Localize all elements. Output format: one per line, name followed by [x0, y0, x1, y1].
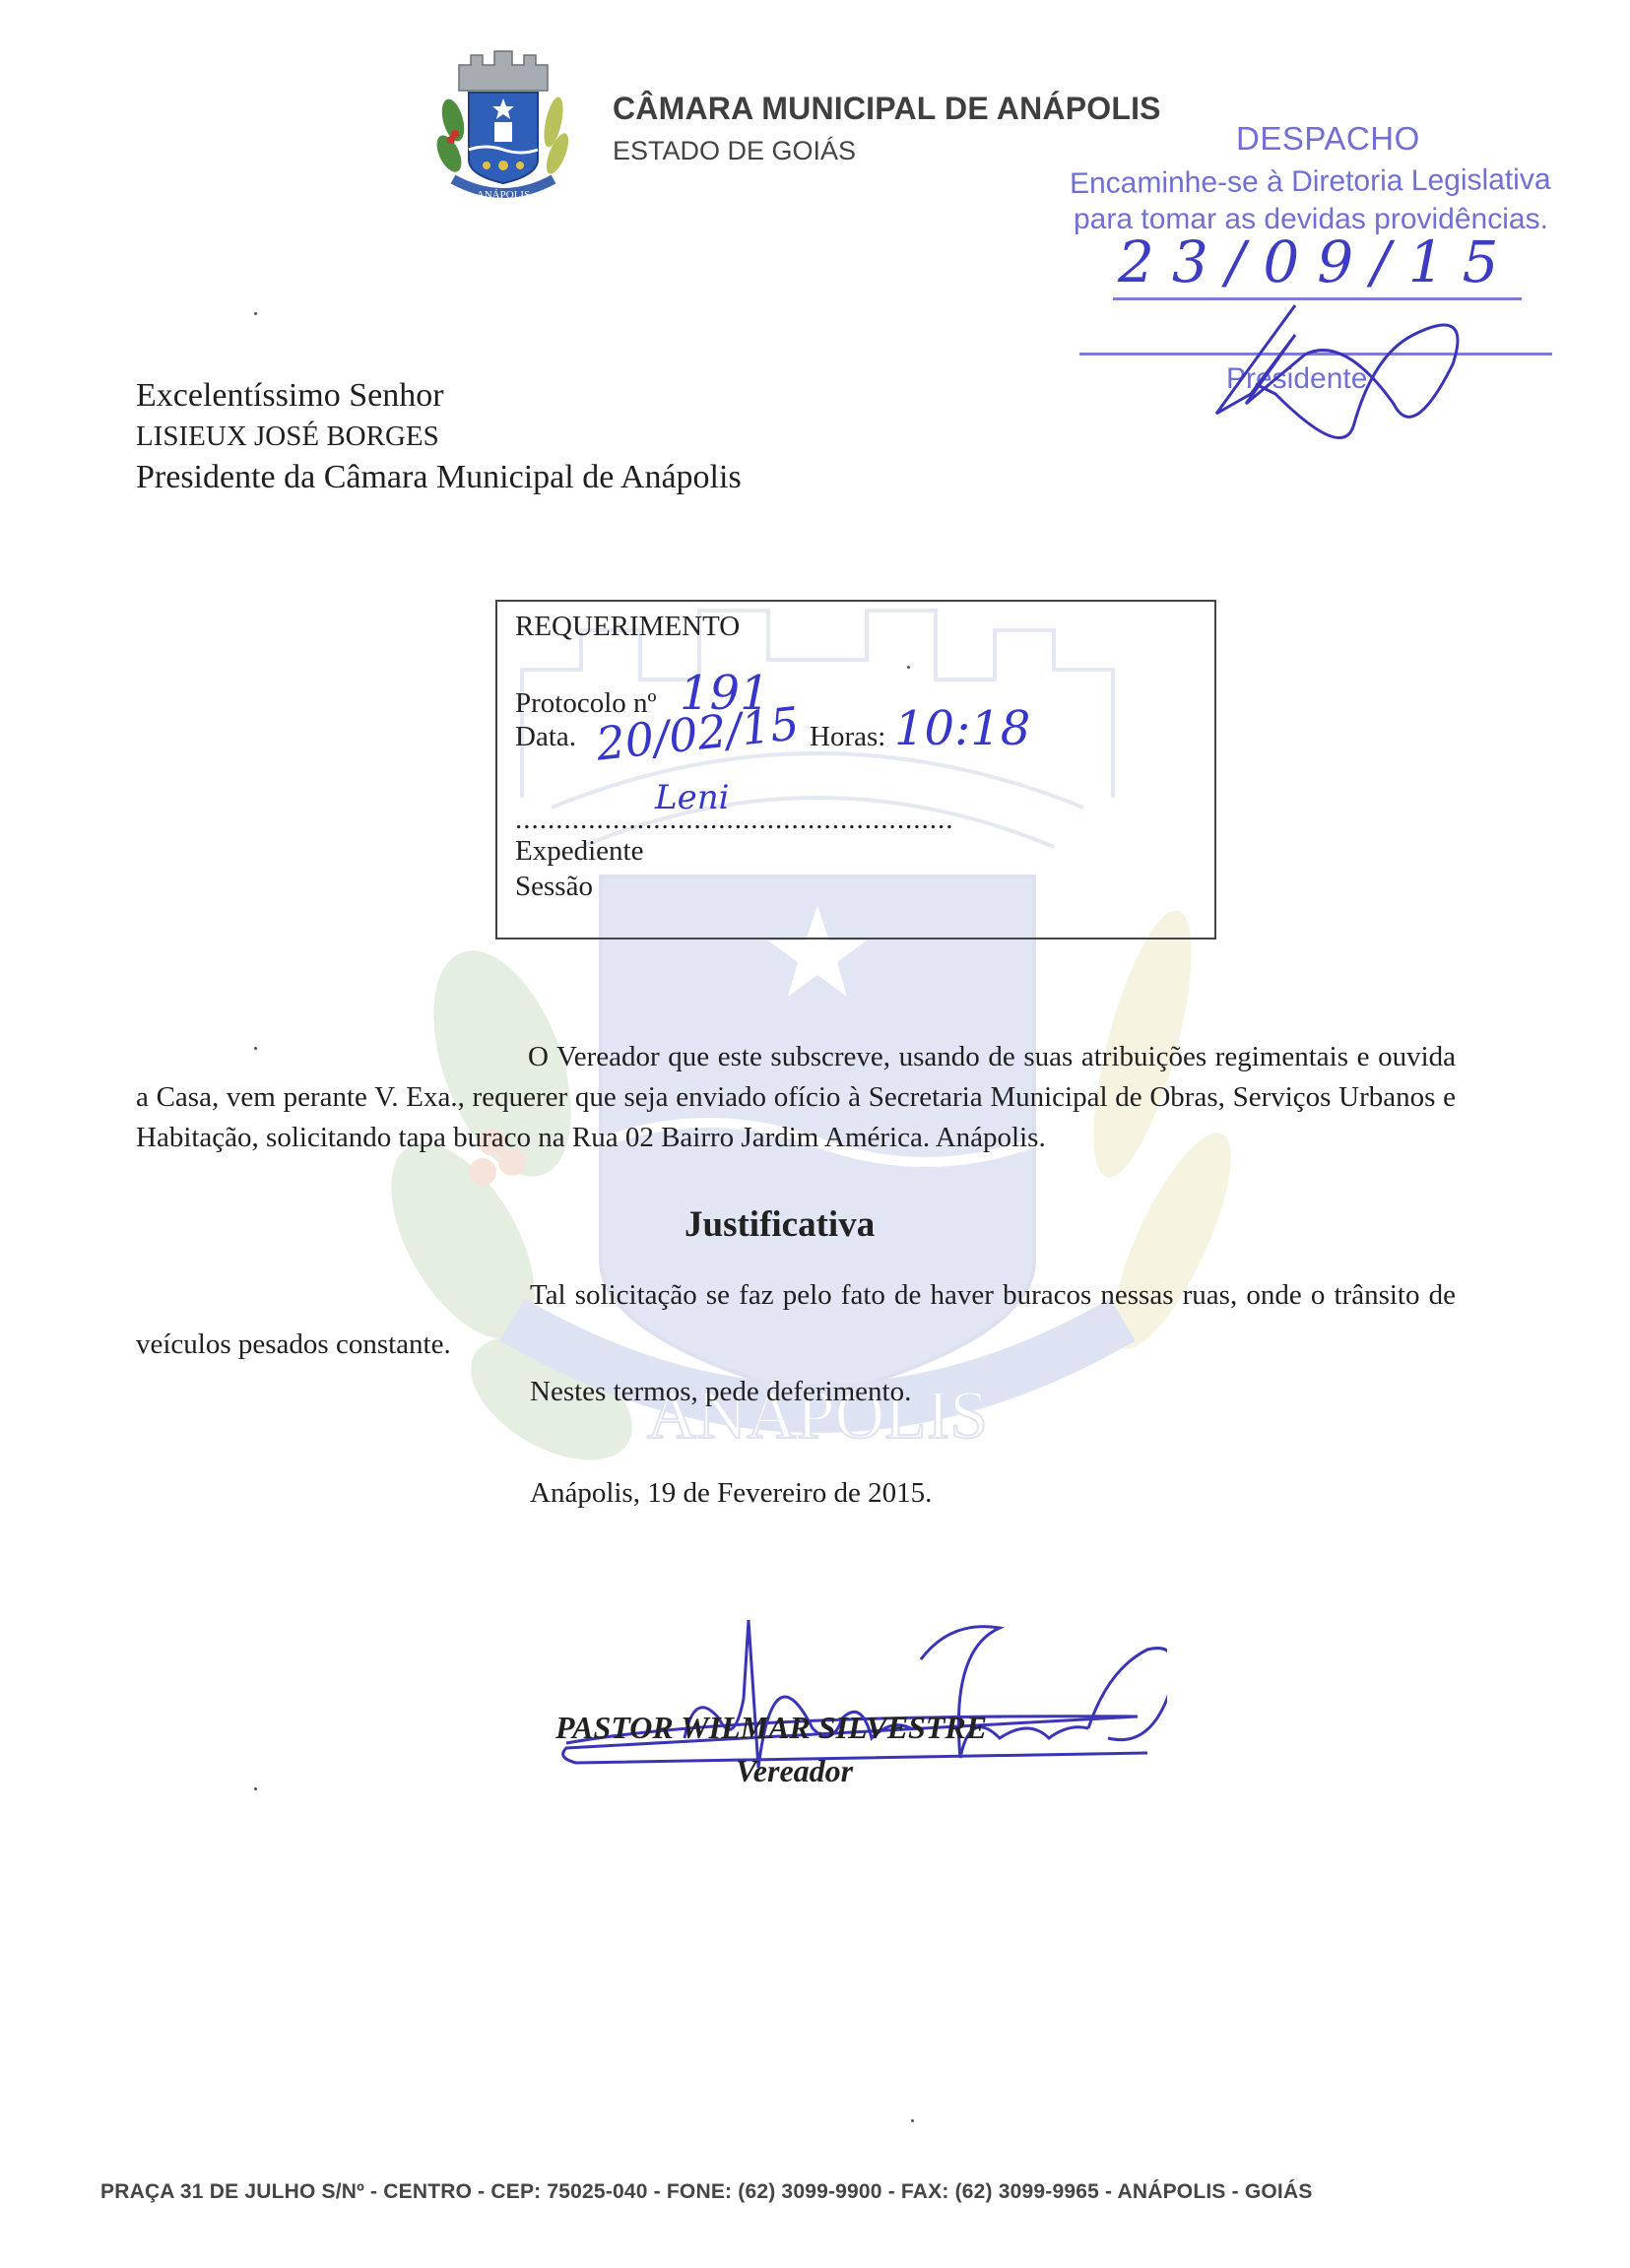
- footer-address: PRAÇA 31 DE JULHO S/Nº - CENTRO - CEP: 7…: [100, 2180, 1313, 2204]
- institution-name: CÂMARA MUNICIPAL DE ANÁPOLIS: [613, 91, 1161, 127]
- justification-paragraph-text: Tal solicitação se faz pelo fato de have…: [136, 1279, 1456, 1360]
- justification-heading: Justificativa: [685, 1203, 875, 1246]
- signer-name: PASTOR WILMAR SILVESTRE: [555, 1710, 987, 1746]
- dispatch-stamp-line-1: Encaminhe-se à Diretoria Legislativa: [1070, 163, 1551, 201]
- protocol-heading: REQUERIMENTO: [515, 611, 740, 643]
- scan-speck: [254, 1787, 257, 1790]
- protocol-expediente: Expediente: [515, 835, 643, 868]
- addressee-salutation: Excelentíssimo Senhor: [136, 377, 444, 415]
- addressee-title: Presidente da Câmara Municipal de Anápol…: [136, 459, 742, 496]
- scan-speck: [254, 1047, 257, 1050]
- coat-of-arms-icon: ANÁPOLIS: [429, 43, 577, 211]
- protocol-sessao: Sessão: [515, 871, 593, 903]
- closing-line: Nestes termos, pede deferimento.: [530, 1372, 911, 1412]
- request-paragraph: O Vereador que este subscreve, usando de…: [136, 1037, 1456, 1158]
- request-paragraph-text: O Vereador que este subscreve, usando de…: [136, 1041, 1456, 1153]
- protocol-time-value: 10:18: [894, 701, 1030, 756]
- protocol-dotted-line: ........................................…: [515, 804, 954, 836]
- protocol-date-label: Data.: [515, 721, 576, 753]
- scan-speck: [254, 312, 257, 315]
- president-signature-icon: [1157, 295, 1512, 453]
- protocol-time-label: Horas:: [810, 721, 885, 753]
- addressee-name: LISIEUX JOSÉ BORGES: [136, 421, 439, 453]
- scan-speck: [911, 2119, 914, 2122]
- justification-paragraph: Tal solicitação se faz pelo fato de have…: [136, 1270, 1456, 1369]
- dispatch-stamp-title: DESPACHO: [1236, 120, 1420, 158]
- scan-speck: [907, 666, 910, 669]
- svg-text:ANÁPOLIS: ANÁPOLIS: [477, 189, 530, 201]
- signer-role: Vereador: [736, 1753, 853, 1789]
- state-name: ESTADO DE GOIÁS: [613, 136, 856, 166]
- councilor-signature-icon: [537, 1581, 1167, 1778]
- dispatch-handwritten-date: 23/09/15: [1118, 228, 1517, 295]
- place-date: Anápolis, 19 de Fevereiro de 2015.: [530, 1473, 932, 1514]
